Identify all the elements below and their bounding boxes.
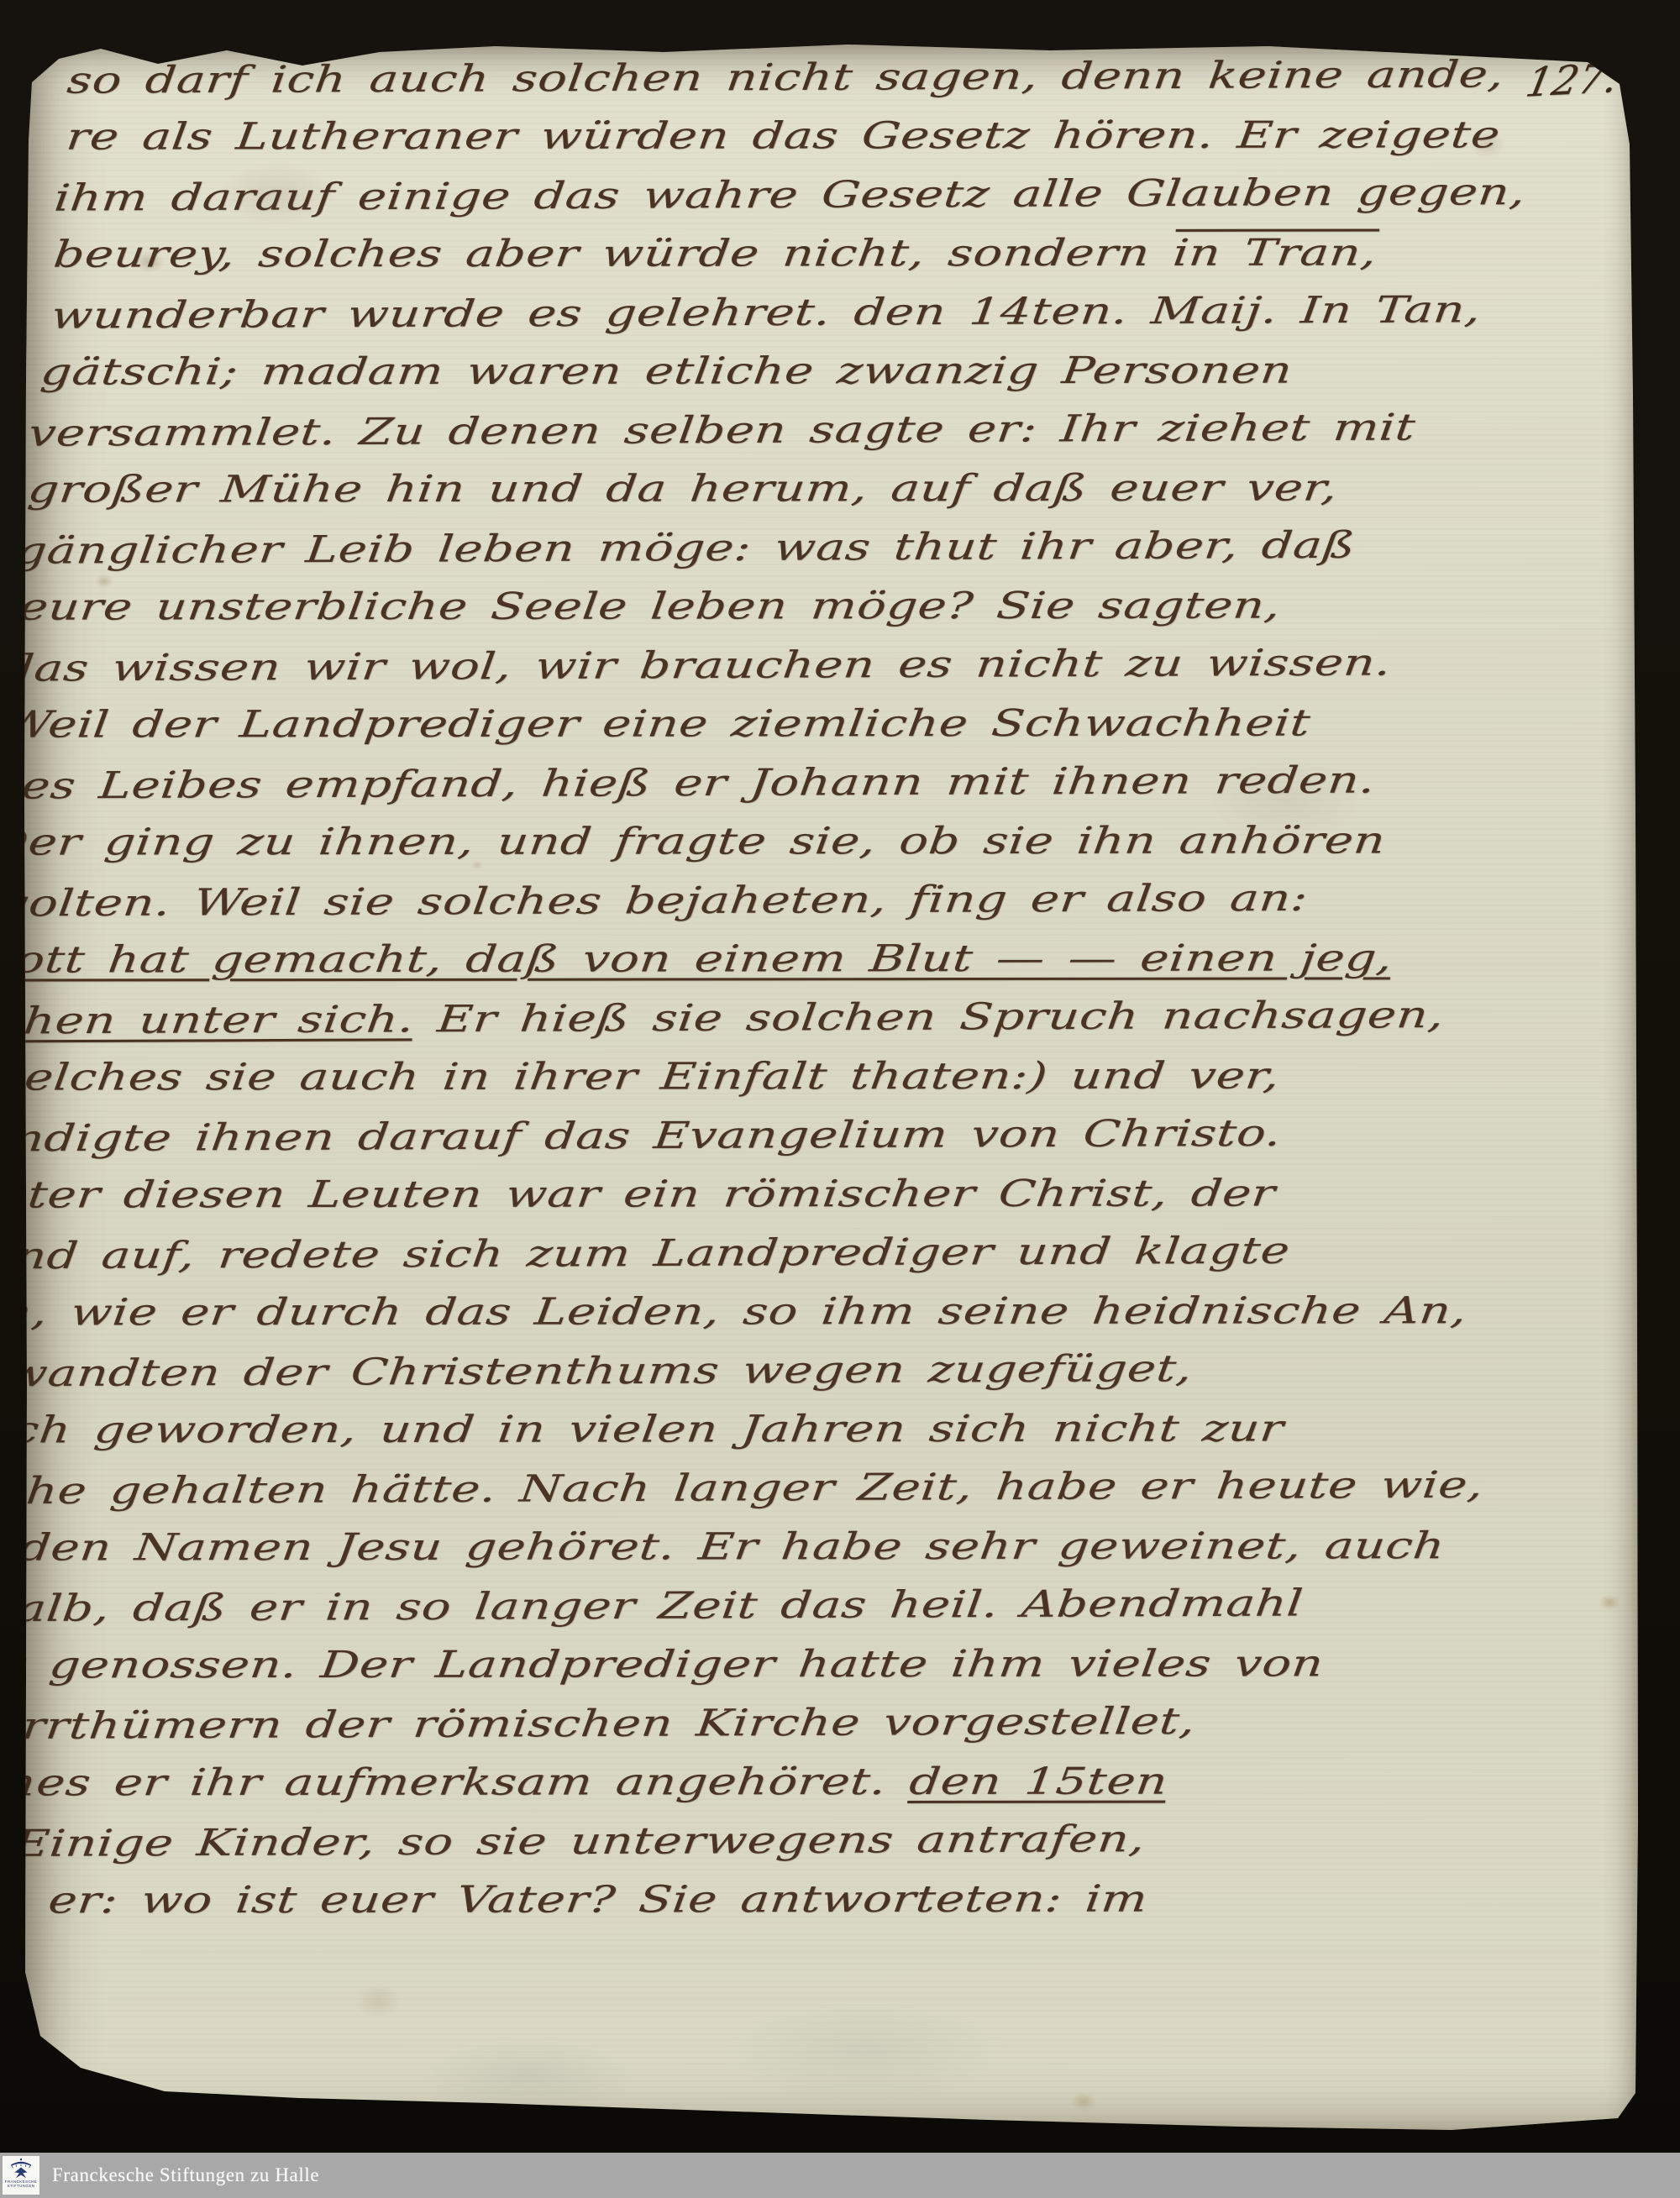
- manuscript-line: kündigte ihnen darauf das Evangelium von…: [0, 1103, 1659, 1169]
- manuscript-line: Unter diesen Leuten war ein römischer Ch…: [0, 1164, 1652, 1225]
- manuscript-segment: das wissen wir wol, wir brauchen es nich…: [1, 642, 1394, 690]
- manuscript-segment: welches er ihr aufmerksam angehöret.: [0, 1760, 912, 1805]
- manuscript-line: großer Mühe hin und da herum, auf daß eu…: [24, 459, 1680, 520]
- manuscript-segment: gänglicher Leib leben möge: was thut ihr…: [13, 524, 1357, 573]
- manuscript-line: das wissen wir wol, wir brauchen es nich…: [0, 632, 1680, 699]
- manuscript-segment: weich geworden, und in vielen Jahren sic…: [0, 1407, 1286, 1451]
- manuscript-segment: May. Einige Kinder, so sie unterwegens a…: [0, 1818, 1147, 1865]
- manuscript-segment: Er hieß sie solchen Spruch nachsagen,: [412, 994, 1446, 1041]
- manuscript-line: gänglicher Leib leben möge: was thut ihr…: [13, 515, 1680, 581]
- manuscript-segment: re als Lutheraner würden das Gesetz höre…: [64, 113, 1502, 158]
- footer-bar: FRANCKESCHE STIFTUNGEN Franckesche Stift…: [0, 2153, 1680, 2198]
- manuscript-segment: der den Namen Jesu gehöret. Er habe sehr…: [0, 1524, 1447, 1569]
- manuscript-segment: beurey, solches aber würde nicht, sonder…: [51, 232, 1175, 276]
- manuscript-segment: Gott hat gemacht, daß von einem Blut — —…: [0, 936, 1394, 981]
- manuscript-segment: versammlet. Zu denen selben sagte er: Ih…: [26, 407, 1417, 455]
- manuscript-segment: den Irrthümern der römischen Kirche vorg…: [0, 1700, 1198, 1749]
- manuscript-segment: eure unsterbliche Seele leben möge? Sie …: [17, 585, 1283, 629]
- manuscript-segment: Kirche gehalten hätte. Nach langer Zeit,…: [0, 1464, 1486, 1513]
- manuscript-line: ihm darauf einige das wahre Gesetz alle …: [51, 162, 1680, 228]
- manuscript-line: versammlet. Zu denen selben sagte er: Ih…: [25, 397, 1680, 464]
- manuscript-segment: (welches sie auch in ihrer Einfalt thate…: [0, 1055, 1282, 1099]
- manuscript-text: so darf ich auch solchen nicht sagen, de…: [0, 46, 1680, 1932]
- manuscript-line: der den Namen Jesu gehöret. Er habe sehr…: [0, 1517, 1614, 1578]
- manuscript-segment: Der ging zu ihnen, und fragte sie, ob si…: [0, 819, 1388, 863]
- manuscript-line: deshalb, daß er in so langer Zeit das he…: [0, 1573, 1608, 1639]
- manuscript-line: des Leibes empfand, hieß er Johann mit i…: [0, 750, 1680, 816]
- manuscript-line: Der ging zu ihnen, und fragte sie, ob si…: [0, 811, 1680, 873]
- manuscript-line: May. Einige Kinder, so sie unterwegens a…: [0, 1808, 1582, 1875]
- manuscript-segment: des Leibes empfand, hieß er Johann mit i…: [0, 759, 1378, 808]
- franckesche-stiftungen-logo: FRANCKESCHE STIFTUNGEN: [3, 2156, 39, 2195]
- manuscript-line: verwandten der Christenthums wegen zugef…: [0, 1338, 1634, 1404]
- manuscript-line: Weil der Landprediger eine ziemliche Sch…: [0, 694, 1680, 755]
- manuscript-line: so darf ich auch solchen nicht sagen, de…: [64, 45, 1680, 111]
- manuscript-segment: gätschi; madam waren etliche zwanzig Per…: [39, 349, 1294, 394]
- manuscript-line: welches er ihr aufmerksam angehöret. den…: [0, 1752, 1588, 1813]
- manuscript-segment: so darf ich auch solchen nicht sagen, de…: [65, 53, 1506, 102]
- manuscript-segment: Weil der Landprediger eine ziemliche Sch…: [0, 702, 1313, 747]
- manuscript-line: gätschi; madam waren etliche zwanzig Per…: [38, 341, 1680, 402]
- manuscript-segment: nicht genossen. Der Landprediger hatte i…: [0, 1642, 1326, 1687]
- manuscript-segment: ihm darauf einige das wahre Gesetz alle …: [52, 170, 1528, 220]
- manuscript-segment: wolten. Weil sie solches bejaheten, fing…: [0, 877, 1310, 926]
- manuscript-segment: Unter diesen Leuten war ein römischer Ch…: [0, 1172, 1278, 1216]
- manuscript-segment: verwandten der Christenthums wegen zugef…: [0, 1347, 1194, 1395]
- manuscript-line: wunderbar wurde es gelehret. den 14ten. …: [48, 280, 1680, 346]
- logo-text-line2: STIFTUNGEN: [8, 2184, 35, 2188]
- manuscript-segment: deshalb, daß er in so langer Zeit das he…: [0, 1582, 1305, 1630]
- manuscript-line: (welches sie auch in ihrer Einfalt thate…: [0, 1047, 1666, 1108]
- manuscript-segment: stund auf, redete sich zum Landprediger …: [0, 1230, 1292, 1278]
- manuscript-segment: großer Mühe hin und da herum, auf daß eu…: [26, 467, 1341, 511]
- manuscript-line: Gott hat gemacht, daß von einem Blut — —…: [0, 929, 1678, 990]
- manuscript-line: stund auf, redete sich zum Landprediger …: [0, 1220, 1646, 1287]
- manuscript-line: den Irrthümern der römischen Kirche vorg…: [0, 1691, 1595, 1757]
- manuscript-line: Kirche gehalten hätte. Nach langer Zeit,…: [0, 1456, 1620, 1522]
- manuscript-segment: lichen unter sich.: [0, 998, 417, 1042]
- footer-institution-label: Franckesche Stiftungen zu Halle: [52, 2153, 319, 2198]
- manuscript-segment: fragte er: wo ist euer Vater? Sie antwor…: [0, 1878, 1150, 1923]
- manuscript-segment: ihm, wie er durch das Leiden, so ihm sei…: [0, 1289, 1469, 1334]
- manuscript-page: 127. so darf ich auch solchen nicht sage…: [24, 42, 1638, 2135]
- manuscript-line: wolten. Weil sie solches bejaheten, fing…: [0, 868, 1680, 934]
- manuscript-segment: den 15ten: [907, 1760, 1170, 1803]
- manuscript-line: re als Lutheraner würden das Gesetz höre…: [63, 106, 1680, 167]
- manuscript-line: lichen unter sich. Er hieß sie solchen S…: [0, 985, 1672, 1052]
- scan-background: 127. so darf ich auch solchen nicht sage…: [0, 0, 1680, 2198]
- manuscript-line: nicht genossen. Der Landprediger hatte i…: [0, 1634, 1601, 1696]
- manuscript-line: ihm, wie er durch das Leiden, so ihm sei…: [0, 1282, 1640, 1343]
- manuscript-line: eure unsterbliche Seele leben möge? Sie …: [16, 576, 1680, 637]
- manuscript-line: weich geworden, und in vielen Jahren sic…: [0, 1399, 1627, 1461]
- manuscript-line: fragte er: wo ist euer Vater? Sie antwor…: [0, 1870, 1576, 1931]
- manuscript-line: beurey, solches aber würde nicht, sonder…: [50, 223, 1680, 285]
- manuscript-segment: in Tran,: [1171, 232, 1379, 275]
- eagle-emblem-icon: [8, 2158, 34, 2180]
- manuscript-segment: kündigte ihnen darauf das Evangelium von…: [0, 1112, 1284, 1161]
- manuscript-segment: wunderbar wurde es gelehret. den 14ten. …: [49, 288, 1483, 337]
